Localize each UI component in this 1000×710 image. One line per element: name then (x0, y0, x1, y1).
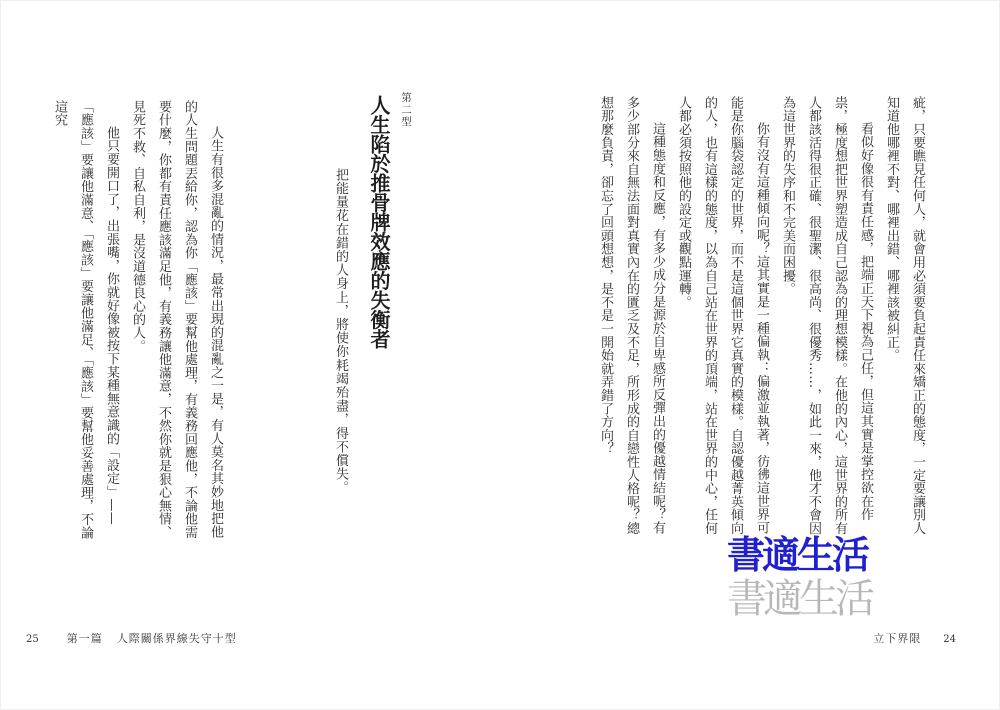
left-page-body: 人生有很多混亂的情況，最常出現的混亂之一是，有人莫名其妙地把他的人生問題丟給你，… (46, 100, 228, 548)
paragraph: 疵，只要瞧見任何人，就會用必須要負起責任來矯正的態度，一定要讓別人知道他哪裡不對… (878, 96, 930, 544)
chapter-tag: 第二型 (399, 92, 414, 128)
paragraph: 這種態度和反應，有多少成分是源於自卑感所反彈出的優越情結呢？有多少部分來自無法面… (592, 96, 670, 544)
chapter-title: 人生陷於推骨牌效應的失衡者 (365, 95, 394, 349)
left-page-number: 25 (26, 634, 39, 645)
right-page-footer: 立下界限 24 (873, 630, 956, 646)
left-page-footer: 25 第一篇 人際關係界線失守十型 (26, 630, 237, 646)
chapter-subtitle: 把能量花在錯的人身上，將使你耗竭殆盡，得不償失。 (331, 168, 350, 494)
book-spread: 第二型 人生陷於推骨牌效應的失衡者 把能量花在錯的人身上，將使你耗竭殆盡，得不償… (0, 0, 1000, 710)
paragraph: 他只要開口了，出張嘴，你就好像被按下某種無意識的「設定」——「應該」要讓他滿意、… (46, 100, 124, 548)
part-title: 人際關係界線失守十型 (117, 630, 237, 646)
paragraph: 人生有很多混亂的情況，最常出現的混亂之一是，有人莫名其妙地把他的人生問題丟給你，… (124, 100, 228, 548)
right-page-number: 24 (943, 634, 956, 645)
book-running-title: 立下界限 (873, 630, 921, 646)
paragraph: 你有沒有這種傾向呢？這其實是一種偏執：偏激並執著，彷彿這世界可能是你腦袋認定的世… (670, 96, 774, 544)
right-page-body: 疵，只要瞧見任何人，就會用必須要負起責任來矯正的態度，一定要讓別人知道他哪裡不對… (592, 96, 930, 544)
part-label: 第一篇 (67, 630, 103, 646)
paragraph: 看似好像很有責任感，把端正天下視為己任，但這其實是掌控欲在作祟，極度想把世界塑造… (774, 96, 878, 544)
watermark-gray: 書適生活 (727, 567, 871, 624)
